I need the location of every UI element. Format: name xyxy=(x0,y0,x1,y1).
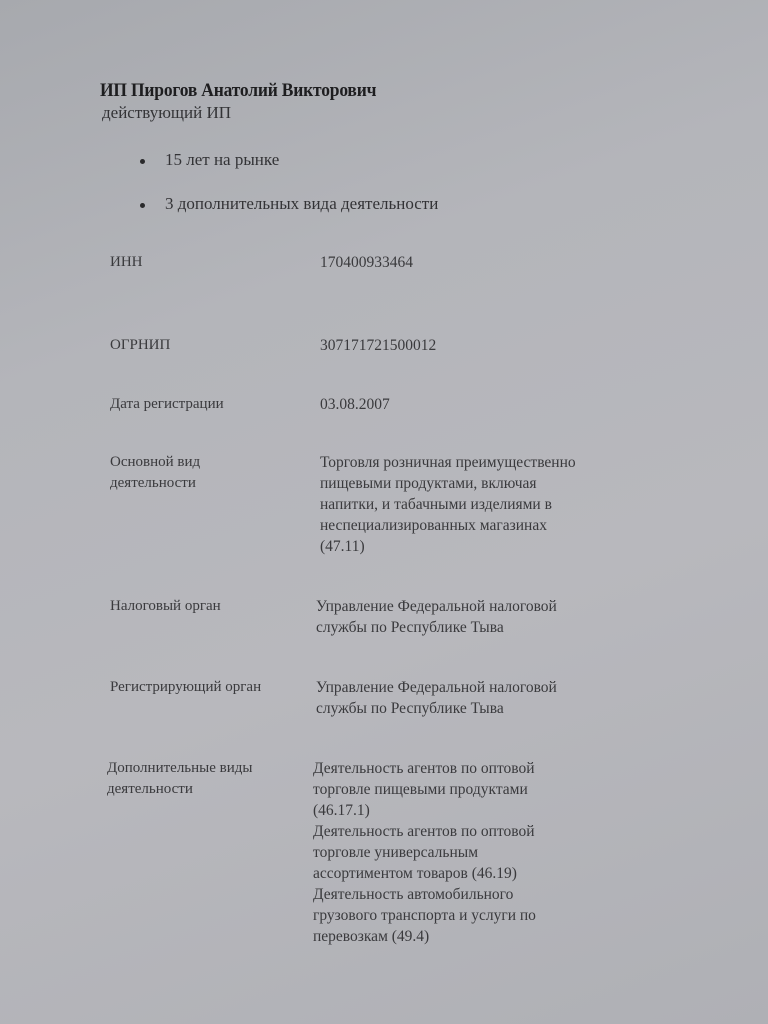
value-line: неспециализированных магазинах xyxy=(320,515,650,536)
value-line: (46.17.1) xyxy=(313,800,643,821)
value-line: Деятельность агентов по оптовой xyxy=(313,758,643,779)
main-activity-label: Основной вид деятельности xyxy=(110,452,300,494)
highlight-years: 15 лет на рынке xyxy=(165,150,279,170)
registration-date-value: 03.08.2007 xyxy=(320,394,650,415)
value-line: напитки, и табачными изделиями в xyxy=(320,494,650,515)
label-line: деятельности xyxy=(110,473,300,494)
value-line: Торговля розничная преимущественно xyxy=(320,452,650,473)
document-title: ИП Пирогов Анатолий Викторович xyxy=(100,80,376,102)
additional-activities-label: Дополнительные виды деятельности xyxy=(107,758,297,800)
ogrnip-value: 307171721500012 xyxy=(320,335,650,356)
value-line: службы по Республике Тыва xyxy=(316,698,646,719)
value-line: Управление Федеральной налоговой xyxy=(316,677,646,698)
highlight-activities: 3 дополнительных вида деятельности xyxy=(165,194,438,214)
label-line: Основной вид xyxy=(110,452,300,473)
value-line: грузового транспорта и услуги по xyxy=(313,905,643,926)
value-line: Управление Федеральной налоговой xyxy=(316,596,646,617)
bullet-icon xyxy=(140,159,145,164)
value-line: перевозкам (49.4) xyxy=(313,926,643,947)
tax-authority-label: Налоговый орган xyxy=(110,596,300,617)
inn-value: 170400933464 xyxy=(320,252,650,273)
value-line: торговле пищевыми продуктами xyxy=(313,779,643,800)
value-line: (47.11) xyxy=(320,536,650,557)
registering-authority-value: Управление Федеральной налоговой службы … xyxy=(316,677,646,719)
inn-label: ИНН xyxy=(110,252,300,273)
bullet-icon xyxy=(140,203,145,208)
status-text: действующий ИП xyxy=(102,103,231,123)
additional-activities-value: Деятельность агентов по оптовой торговле… xyxy=(313,758,643,947)
label-line: деятельности xyxy=(107,779,297,800)
value-line: службы по Республике Тыва xyxy=(316,617,646,638)
value-line: Деятельность автомобильного xyxy=(313,884,643,905)
label-line: Дополнительные виды xyxy=(107,758,297,779)
document-page: ИП Пирогов Анатолий Викторович действующ… xyxy=(0,0,768,1024)
value-line: Деятельность агентов по оптовой xyxy=(313,821,643,842)
main-activity-value: Торговля розничная преимущественно пищев… xyxy=(320,452,650,557)
registering-authority-label: Регистрирующий орган xyxy=(110,677,300,698)
value-line: торговле универсальным xyxy=(313,842,643,863)
value-line: ассортиментом товаров (46.19) xyxy=(313,863,643,884)
ogrnip-label: ОГРНИП xyxy=(110,335,300,356)
value-line: пищевыми продуктами, включая xyxy=(320,473,650,494)
registration-date-label: Дата регистрации xyxy=(110,394,300,415)
tax-authority-value: Управление Федеральной налоговой службы … xyxy=(316,596,646,638)
